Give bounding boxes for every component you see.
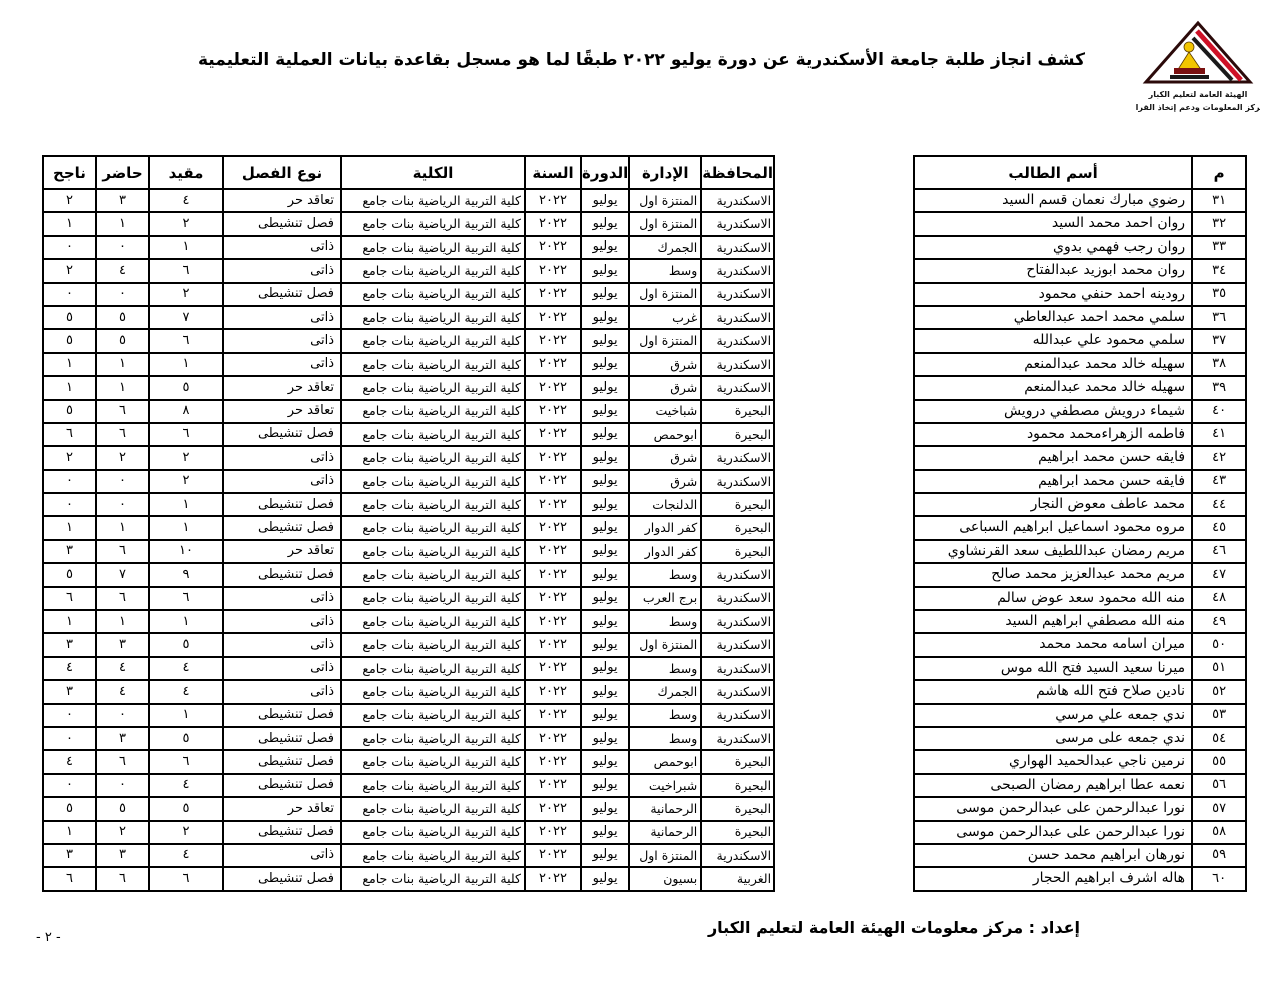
cell-administration: الرحمانية [629,797,701,820]
cell-passed: ٦ [43,587,96,610]
cell-college: كلية التربية الرياضية بنات جامع [341,587,525,610]
cell-class_type: ذاتى [223,844,341,867]
table-header-row: مأسم الطالبالمحافظةالإدارةالدورةالسنةالك… [43,156,1246,189]
cell-present: ٣ [96,727,149,750]
cell-passed: ٥ [43,400,96,423]
page-title: كشف انجاز طلبة جامعة الأسكندرية عن دورة … [285,50,1085,70]
cell-year: ٢٠٢٢ [525,516,581,539]
cell-gap [774,376,914,399]
cell-gap [774,329,914,352]
cell-governorate: الاسكندرية [701,470,774,493]
cell-year: ٢٠٢٢ [525,329,581,352]
table-row: ٤٩منه الله مصطفي ابراهيم السيدالاسكندرية… [43,610,1246,633]
col-header-enrolled: مقيد [149,156,223,189]
cell-name: ندي جمعه على مرسى [914,727,1192,750]
cell-administration: بسيون [629,867,701,890]
cell-governorate: الاسكندرية [701,657,774,680]
table-row: ٤٠شيماء درويش مصطفي درويشالبحيرةشباخيتيو… [43,400,1246,423]
cell-present: ٦ [96,540,149,563]
table-row: ٣٥رودينه احمد حنفي محمودالاسكندريةالمنتز… [43,283,1246,306]
table-row: ٤٤محمد عاطف معوض النجارالبحيرةالدلنجاتيو… [43,493,1246,516]
cell-enrolled: ٦ [149,423,223,446]
cell-present: ٥ [96,797,149,820]
cell-session: يوليو [581,446,629,469]
cell-class_type: تعاقد حر [223,400,341,423]
cell-session: يوليو [581,610,629,633]
cell-class_type: فصل تنشيطى [223,704,341,727]
cell-enrolled: ٢ [149,212,223,235]
col-header-present: حاضر [96,156,149,189]
cell-enrolled: ٥ [149,727,223,750]
table-body: ٣١رضوي مبارك نعمان قسم السيدالاسكندريةال… [43,189,1246,891]
cell-present: ٥ [96,329,149,352]
cell-class_type: فصل تنشيطى [223,867,341,890]
table-row: ٣٨سهيله خالد محمد عبدالمنعمالاسكندريةشرق… [43,353,1246,376]
cell-governorate: البحيرة [701,540,774,563]
table-row: ٣١رضوي مبارك نعمان قسم السيدالاسكندريةال… [43,189,1246,212]
cell-no: ٣٩ [1192,376,1246,399]
cell-governorate: الاسكندرية [701,376,774,399]
cell-name: فايقه حسن محمد ابراهيم [914,470,1192,493]
cell-enrolled: ١٠ [149,540,223,563]
col-header-college: الكلية [341,156,525,189]
cell-enrolled: ١ [149,493,223,516]
col-header-no: م [1192,156,1246,189]
cell-passed: ١ [43,376,96,399]
cell-administration: المنتزة اول [629,844,701,867]
cell-present: ٦ [96,867,149,890]
cell-governorate: الغربية [701,867,774,890]
cell-present: ٠ [96,704,149,727]
cell-college: كلية التربية الرياضية بنات جامع [341,376,525,399]
table-row: ٣٢روان احمد محمد السيدالاسكندريةالمنتزة … [43,212,1246,235]
cell-governorate: البحيرة [701,774,774,797]
cell-class_type: ذاتى [223,587,341,610]
cell-class_type: ذاتى [223,633,341,656]
cell-no: ٣٤ [1192,259,1246,282]
table-row: ٥٤ندي جمعه على مرسىالاسكندريةوسطيوليو٢٠٢… [43,727,1246,750]
cell-present: ٦ [96,587,149,610]
cell-governorate: الاسكندرية [701,633,774,656]
cell-passed: ٥ [43,797,96,820]
cell-gap [774,563,914,586]
cell-college: كلية التربية الرياضية بنات جامع [341,212,525,235]
cell-college: كلية التربية الرياضية بنات جامع [341,259,525,282]
cell-college: كلية التربية الرياضية بنات جامع [341,633,525,656]
cell-present: ٥ [96,306,149,329]
cell-governorate: البحيرة [701,400,774,423]
cell-no: ٤٨ [1192,587,1246,610]
cell-session: يوليو [581,353,629,376]
cell-administration: المنتزة اول [629,633,701,656]
cell-year: ٢٠٢٢ [525,446,581,469]
col-header-session: الدورة [581,156,629,189]
table-row: ٤٦مريم رمضان عبداللطيف سعد القرنشاويالبح… [43,540,1246,563]
cell-college: كلية التربية الرياضية بنات جامع [341,283,525,306]
cell-name: مريم محمد عبدالعزيز محمد صالح [914,563,1192,586]
cell-governorate: البحيرة [701,516,774,539]
cell-year: ٢٠٢٢ [525,797,581,820]
cell-no: ٤٢ [1192,446,1246,469]
cell-name: ميرنا سعيد السيد فتح الله موس [914,657,1192,680]
cell-enrolled: ٤ [149,680,223,703]
cell-passed: ٣ [43,680,96,703]
cell-administration: الدلنجات [629,493,701,516]
cell-passed: ٦ [43,867,96,890]
cell-session: يوليو [581,750,629,773]
cell-gap [774,540,914,563]
cell-passed: ١ [43,212,96,235]
cell-gap [774,236,914,259]
cell-no: ٤٩ [1192,610,1246,633]
cell-name: نعمه عطا ابراهيم رمضان الصبحى [914,774,1192,797]
cell-year: ٢٠٢٢ [525,750,581,773]
cell-administration: كفر الدوار [629,516,701,539]
cell-no: ٤٧ [1192,563,1246,586]
cell-year: ٢٠٢٢ [525,540,581,563]
cell-gap [774,259,914,282]
table-row: ٥١ميرنا سعيد السيد فتح الله موسالاسكندري… [43,657,1246,680]
table-row: ٤٣فايقه حسن محمد ابراهيمالاسكندريةشرقيول… [43,470,1246,493]
cell-gap [774,797,914,820]
cell-year: ٢٠٢٢ [525,633,581,656]
cell-administration: شرق [629,353,701,376]
cell-name: رودينه احمد حنفي محمود [914,283,1192,306]
cell-governorate: الاسكندرية [701,283,774,306]
cell-present: ٣ [96,844,149,867]
cell-name: روان رجب فهمي بدوي [914,236,1192,259]
cell-no: ٣٢ [1192,212,1246,235]
cell-year: ٢٠٢٢ [525,657,581,680]
cell-year: ٢٠٢٢ [525,283,581,306]
table-row: ٥٧نورا عبدالرحمن على عبدالرحمن موسىالبحي… [43,797,1246,820]
cell-present: ٧ [96,563,149,586]
cell-gap [774,821,914,844]
cell-administration: شباخيت [629,400,701,423]
logo-text-line1: الهيئة العامة لتعليم الكبار [1148,90,1248,99]
cell-no: ٣٨ [1192,353,1246,376]
cell-class_type: تعاقد حر [223,540,341,563]
cell-class_type: ذاتى [223,353,341,376]
cell-gap [774,844,914,867]
cell-year: ٢٠٢٢ [525,376,581,399]
cell-present: ٦ [96,400,149,423]
cell-enrolled: ٤ [149,844,223,867]
cell-college: كلية التربية الرياضية بنات جامع [341,540,525,563]
table-row: ٣٩سهيله خالد محمد عبدالمنعمالاسكندريةشرق… [43,376,1246,399]
table-row: ٥٩نورهان ابراهيم محمد حسنالاسكندريةالمنت… [43,844,1246,867]
cell-name: فايقه حسن محمد ابراهيم [914,446,1192,469]
cell-gap [774,400,914,423]
cell-gap [774,470,914,493]
cell-college: كلية التربية الرياضية بنات جامع [341,821,525,844]
cell-gap [774,516,914,539]
cell-session: يوليو [581,329,629,352]
cell-governorate: الاسكندرية [701,680,774,703]
cell-gap [774,212,914,235]
cell-no: ٥٩ [1192,844,1246,867]
cell-enrolled: ٤ [149,189,223,212]
cell-class_type: ذاتى [223,306,341,329]
table-row: ٣٦سلمي محمد احمد عبدالعاطيالاسكندريةغربي… [43,306,1246,329]
cell-passed: ٠ [43,283,96,306]
cell-administration: غرب [629,306,701,329]
cell-gap [774,727,914,750]
cell-year: ٢٠٢٢ [525,821,581,844]
cell-enrolled: ٥ [149,633,223,656]
cell-name: شيماء درويش مصطفي درويش [914,400,1192,423]
cell-name: سهيله خالد محمد عبدالمنعم [914,376,1192,399]
cell-college: كلية التربية الرياضية بنات جامع [341,774,525,797]
cell-governorate: الاسكندرية [701,587,774,610]
cell-name: نرمين ناجي عبدالحميد الهواري [914,750,1192,773]
cell-year: ٢٠٢٢ [525,212,581,235]
cell-gap [774,306,914,329]
cell-session: يوليو [581,797,629,820]
cell-no: ٥٦ [1192,774,1246,797]
table-row: ٤٧مريم محمد عبدالعزيز محمد صالحالاسكندري… [43,563,1246,586]
cell-year: ٢٠٢٢ [525,353,581,376]
cell-session: يوليو [581,470,629,493]
table-row: ٥٨نورا عبدالرحمن على عبدالرحمن موسىالبحي… [43,821,1246,844]
cell-college: كلية التربية الرياضية بنات جامع [341,329,525,352]
cell-passed: ١ [43,821,96,844]
table-row: ٥٣ندي جمعه علي مرسيالاسكندريةوسطيوليو٢٠٢… [43,704,1246,727]
cell-name: نادين صلاح فتح الله هاشم [914,680,1192,703]
cell-present: ٤ [96,680,149,703]
cell-administration: المنتزة اول [629,283,701,306]
cell-no: ٥٥ [1192,750,1246,773]
cell-passed: ١ [43,516,96,539]
cell-present: ٠ [96,283,149,306]
cell-session: يوليو [581,563,629,586]
col-header-class_type: نوع الفصل [223,156,341,189]
cell-session: يوليو [581,189,629,212]
cell-name: محمد عاطف معوض النجار [914,493,1192,516]
cell-administration: الرحمانية [629,821,701,844]
cell-year: ٢٠٢٢ [525,470,581,493]
cell-gap [774,610,914,633]
cell-gap [774,587,914,610]
cell-enrolled: ٢ [149,470,223,493]
cell-college: كلية التربية الرياضية بنات جامع [341,680,525,703]
cell-governorate: البحيرة [701,493,774,516]
cell-no: ٥٧ [1192,797,1246,820]
cell-session: يوليو [581,680,629,703]
cell-college: كلية التربية الرياضية بنات جامع [341,750,525,773]
cell-name: سلمي محمود علي عبدالله [914,329,1192,352]
cell-class_type: ذاتى [223,329,341,352]
cell-class_type: فصل تنشيطى [223,750,341,773]
cell-year: ٢٠٢٢ [525,400,581,423]
cell-governorate: البحيرة [701,821,774,844]
footer-prepared-by: إعداد : مركز معلومات الهيئة العامة لتعلي… [708,918,1080,937]
cell-college: كلية التربية الرياضية بنات جامع [341,189,525,212]
cell-gap [774,774,914,797]
cell-governorate: الاسكندرية [701,563,774,586]
cell-no: ٥٢ [1192,680,1246,703]
cell-governorate: الاسكندرية [701,844,774,867]
cell-enrolled: ١ [149,236,223,259]
cell-session: يوليو [581,259,629,282]
cell-year: ٢٠٢٢ [525,774,581,797]
cell-class_type: فصل تنشيطى [223,774,341,797]
cell-session: يوليو [581,212,629,235]
cell-gap [774,657,914,680]
adult-education-authority-logo-icon: الهيئة العامة لتعليم الكبار مركز المعلوم… [1136,18,1260,126]
cell-governorate: البحيرة [701,750,774,773]
cell-present: ١ [96,353,149,376]
cell-enrolled: ١ [149,516,223,539]
table-row: ٦٠هاله اشرف ابراهيم الحجارالغربيةبسيونيو… [43,867,1246,890]
cell-year: ٢٠٢٢ [525,259,581,282]
cell-class_type: فصل تنشيطى [223,283,341,306]
cell-governorate: الاسكندرية [701,727,774,750]
cell-governorate: الاسكندرية [701,259,774,282]
cell-session: يوليو [581,774,629,797]
cell-passed: ٢ [43,259,96,282]
cell-enrolled: ٦ [149,329,223,352]
cell-passed: ٣ [43,540,96,563]
cell-administration: برج العرب [629,587,701,610]
cell-session: يوليو [581,423,629,446]
header-gap [774,156,914,189]
page: { "page": { "title": "كشف انجاز طلبة جام… [0,0,1280,989]
cell-name: ندي جمعه علي مرسي [914,704,1192,727]
table-row: ٤١فاطمه الزهراءمحمد محمودالبحيرةابوحمصيو… [43,423,1246,446]
cell-enrolled: ٦ [149,750,223,773]
table-row: ٥٦نعمه عطا ابراهيم رمضان الصبحىالبحيرةشب… [43,774,1246,797]
cell-college: كلية التربية الرياضية بنات جامع [341,516,525,539]
cell-governorate: الاسكندرية [701,236,774,259]
cell-administration: ابوحمص [629,423,701,446]
cell-administration: شرق [629,376,701,399]
agency-logo: الهيئة العامة لتعليم الكبار مركز المعلوم… [1136,18,1260,126]
cell-passed: ٤ [43,750,96,773]
cell-governorate: الاسكندرية [701,446,774,469]
cell-administration: المنتزة اول [629,189,701,212]
cell-year: ٢٠٢٢ [525,844,581,867]
cell-session: يوليو [581,493,629,516]
cell-enrolled: ٦ [149,867,223,890]
table-row: ٣٧سلمي محمود علي عبداللهالاسكندريةالمنتز… [43,329,1246,352]
cell-no: ٤١ [1192,423,1246,446]
cell-name: فاطمه الزهراءمحمد محمود [914,423,1192,446]
cell-year: ٢٠٢٢ [525,704,581,727]
cell-administration: شرق [629,446,701,469]
cell-class_type: ذاتى [223,680,341,703]
cell-college: كلية التربية الرياضية بنات جامع [341,610,525,633]
cell-enrolled: ١ [149,610,223,633]
cell-class_type: فصل تنشيطى [223,423,341,446]
cell-no: ٣٦ [1192,306,1246,329]
cell-passed: ٦ [43,423,96,446]
cell-session: يوليو [581,821,629,844]
cell-gap [774,493,914,516]
cell-year: ٢٠٢٢ [525,236,581,259]
cell-present: ١ [96,610,149,633]
cell-enrolled: ٢ [149,821,223,844]
cell-college: كلية التربية الرياضية بنات جامع [341,306,525,329]
cell-present: ٤ [96,657,149,680]
cell-governorate: البحيرة [701,423,774,446]
cell-year: ٢٠٢٢ [525,189,581,212]
cell-gap [774,423,914,446]
cell-gap [774,353,914,376]
cell-session: يوليو [581,376,629,399]
cell-session: يوليو [581,306,629,329]
cell-session: يوليو [581,633,629,656]
cell-no: ٤٥ [1192,516,1246,539]
cell-no: ٣٥ [1192,283,1246,306]
cell-present: ٦ [96,750,149,773]
cell-name: رضوي مبارك نعمان قسم السيد [914,189,1192,212]
cell-session: يوليو [581,657,629,680]
cell-administration: وسط [629,259,701,282]
cell-session: يوليو [581,727,629,750]
cell-year: ٢٠٢٢ [525,423,581,446]
cell-administration: شبراخيت [629,774,701,797]
cell-administration: ابوحمص [629,750,701,773]
cell-name: سلمي محمد احمد عبدالعاطي [914,306,1192,329]
cell-class_type: ذاتى [223,610,341,633]
cell-name: نورا عبدالرحمن على عبدالرحمن موسى [914,797,1192,820]
cell-class_type: فصل تنشيطى [223,493,341,516]
cell-enrolled: ٦ [149,259,223,282]
cell-passed: ٠ [43,470,96,493]
cell-enrolled: ٤ [149,774,223,797]
cell-present: ٣ [96,189,149,212]
cell-name: مروه محمود اسماعيل ابراهيم السباعى [914,516,1192,539]
cell-session: يوليو [581,704,629,727]
cell-passed: ٥ [43,563,96,586]
cell-name: سهيله خالد محمد عبدالمنعم [914,353,1192,376]
cell-governorate: الاسكندرية [701,189,774,212]
cell-college: كلية التربية الرياضية بنات جامع [341,353,525,376]
cell-passed: ٢ [43,189,96,212]
cell-administration: كفر الدوار [629,540,701,563]
cell-administration: وسط [629,727,701,750]
cell-present: ٠ [96,470,149,493]
cell-enrolled: ١ [149,704,223,727]
cell-college: كلية التربية الرياضية بنات جامع [341,470,525,493]
cell-name: هاله اشرف ابراهيم الحجار [914,867,1192,890]
table-row: ٣٤روان محمد ابوزيد عبدالفتاحالاسكندريةوس… [43,259,1246,282]
cell-administration: الجمرك [629,236,701,259]
cell-name: روان احمد محمد السيد [914,212,1192,235]
cell-session: يوليو [581,587,629,610]
cell-class_type: ذاتى [223,259,341,282]
cell-passed: ١ [43,610,96,633]
cell-name: روان محمد ابوزيد عبدالفتاح [914,259,1192,282]
logo-text-line2: مركز المعلومات ودعم إتخاذ القرار [1136,103,1260,112]
cell-administration: وسط [629,610,701,633]
cell-no: ٦٠ [1192,867,1246,890]
cell-year: ٢٠٢٢ [525,493,581,516]
cell-no: ٣١ [1192,189,1246,212]
cell-passed: ٥ [43,329,96,352]
cell-present: ٦ [96,423,149,446]
table-row: ٣٣روان رجب فهمي بدويالاسكندريةالجمركيولي… [43,236,1246,259]
cell-gap [774,633,914,656]
cell-present: ٣ [96,633,149,656]
cell-name: مريم رمضان عبداللطيف سعد القرنشاوي [914,540,1192,563]
table-row: ٥٠ميران اسامه محمد محمدالاسكندريةالمنتزة… [43,633,1246,656]
table-row: ٤٥مروه محمود اسماعيل ابراهيم السباعىالبح… [43,516,1246,539]
cell-enrolled: ٢ [149,283,223,306]
cell-class_type: تعاقد حر [223,797,341,820]
cell-gap [774,189,914,212]
